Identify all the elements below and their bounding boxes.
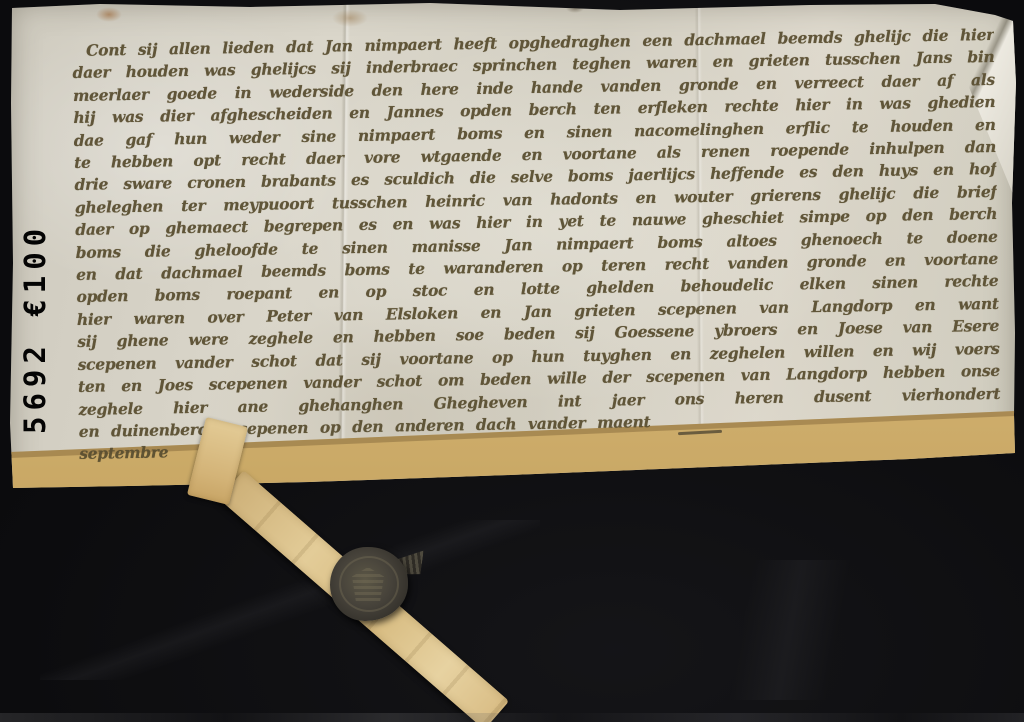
manuscript-text: Cont sij allen lieden dat Jan nimpaert h… xyxy=(72,24,1001,466)
backdrop-wrinkle xyxy=(560,560,1020,700)
dark-stain xyxy=(566,4,584,13)
parchment-document: 5692 €100 Cont sij allen lieden dat Jan … xyxy=(10,3,1016,489)
scan-background: 5692 €100 Cont sij allen lieden dat Jan … xyxy=(0,0,1024,722)
catalog-price-label: 5692 €100 xyxy=(16,199,54,457)
rust-stain xyxy=(96,7,122,22)
scan-bottom-edge xyxy=(0,713,1024,722)
brown-stain xyxy=(332,9,368,27)
